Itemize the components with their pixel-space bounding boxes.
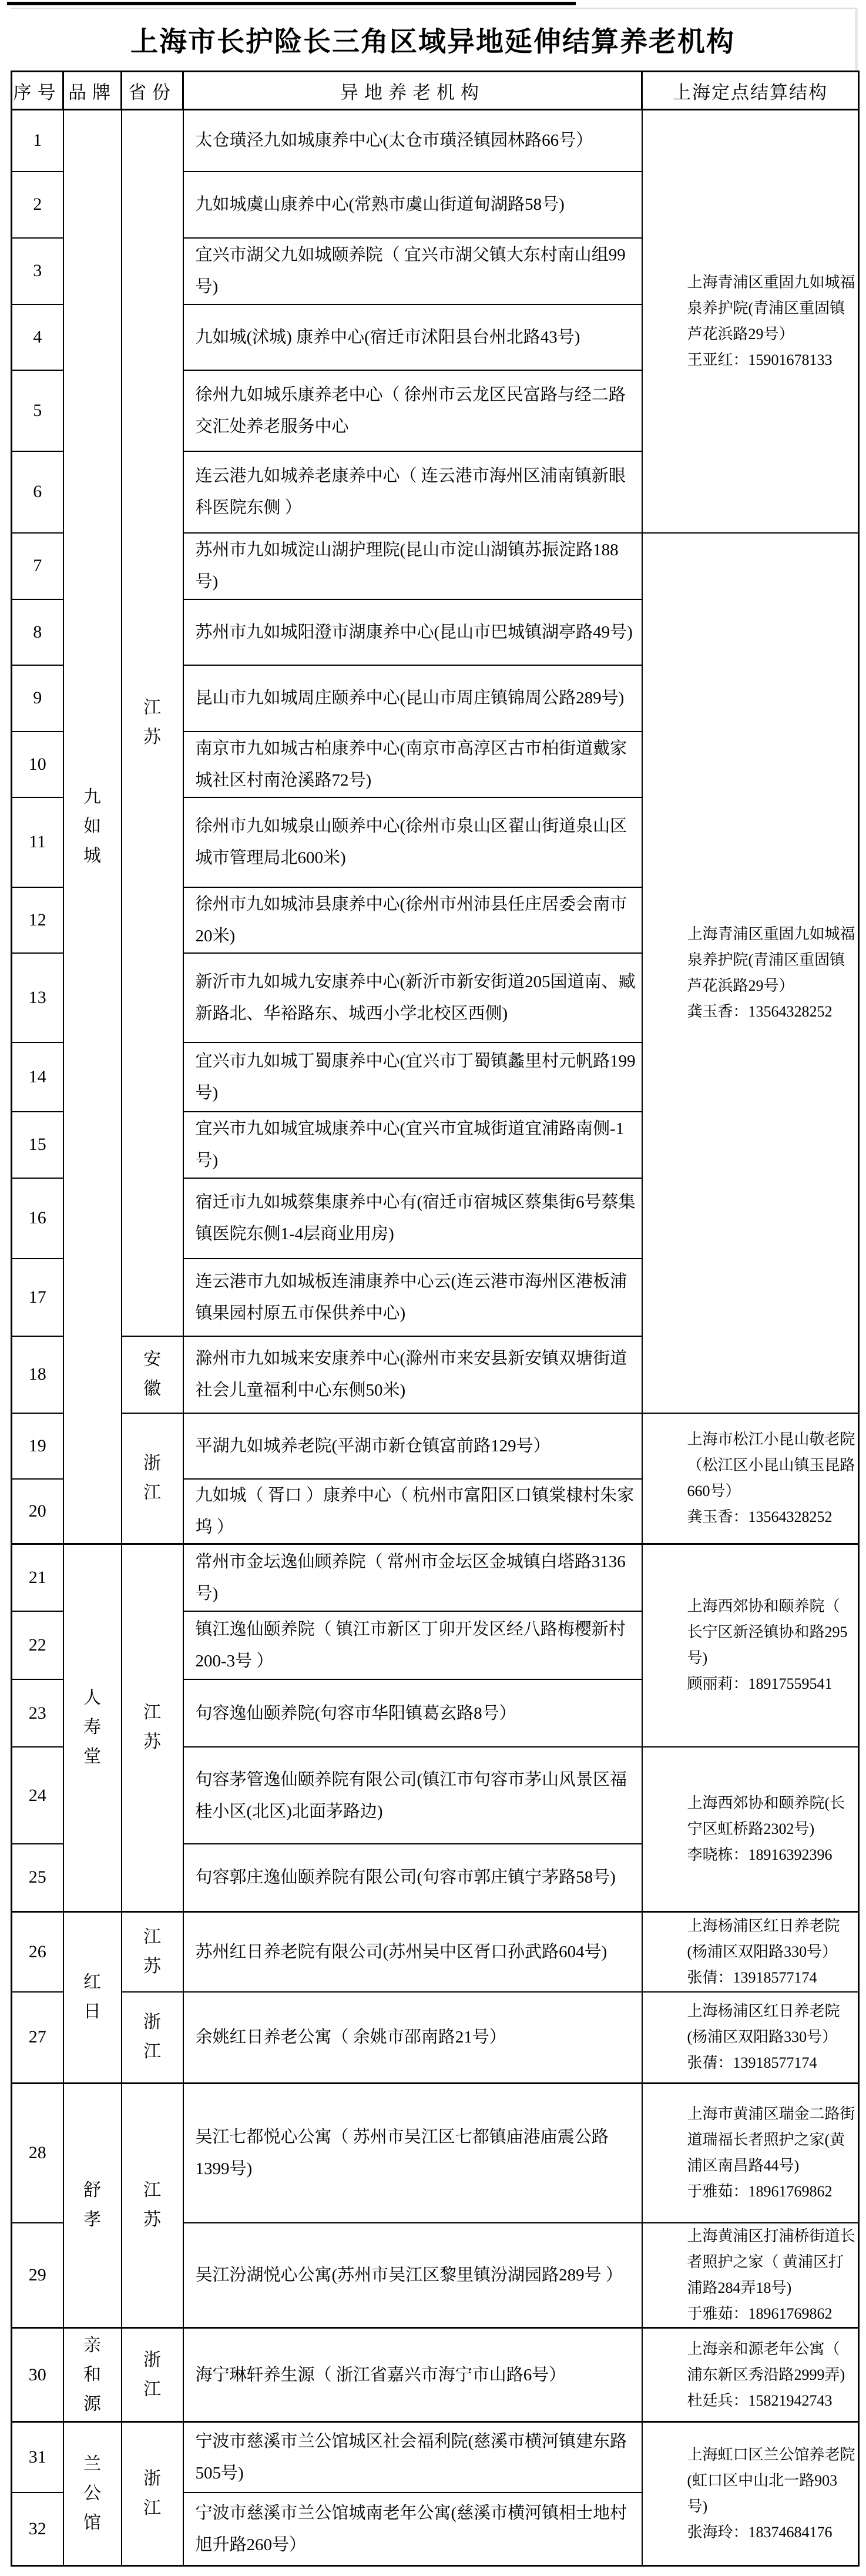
row-no: 30 xyxy=(12,2328,63,2422)
facility-cell: 宁波市慈溪市兰公馆城南老年公寓(慈溪市横河镇相士地村旭升路260号） xyxy=(183,2493,642,2566)
row-no: 15 xyxy=(12,1112,63,1178)
facility-cell: 九如城(沭城) 康养中心(宿迁市沭阳县台州北路43号) xyxy=(183,304,642,370)
row-no: 21 xyxy=(12,1544,63,1611)
row-no: 29 xyxy=(12,2223,63,2328)
settlement-contact: 李晓栋：18916392396 xyxy=(687,1842,857,1868)
facility-cell: 苏州红日养老院有限公司(苏州吴中区胥口孙武路604号) xyxy=(183,1911,642,1992)
facility-text: 徐州市九如城泉山颐养中心(徐州市泉山区翟山街道泉山区城市管理局北600米) xyxy=(196,810,638,874)
facility-text: 句容郭庄逸仙颐养院有限公司(句容市郭庄镇宁茅路58号) xyxy=(196,1861,638,1893)
facility-cell: 句容茅管逸仙颐养院有限公司(镇江市句容市茅山风景区福桂小区(北区)北面茅路边) xyxy=(183,1747,642,1844)
brand-cell: 舒孝 xyxy=(63,2083,122,2328)
brand-cell: 红日 xyxy=(63,1911,122,2083)
facility-text: 滁州市九如城来安康养中心(滁州市来安县新安镇双塘街道社会儿童福利中心东侧50米) xyxy=(196,1343,638,1406)
settlement-text: 上海黄浦区打浦桥街道长者照护之家（ 黄浦区打浦路284弄18号) xyxy=(687,2223,857,2301)
row-no: 16 xyxy=(12,1178,63,1259)
brand-cell: 兰公馆 xyxy=(63,2422,122,2566)
row-no: 19 xyxy=(12,1413,63,1479)
settlement-text: 上海虹口区兰公馆养老院(虹口区中山北一路903号) xyxy=(687,2442,857,2520)
brand-label: 舒孝 xyxy=(82,2176,102,2235)
brand-cell: 九如城 xyxy=(63,110,122,1544)
row-no: 13 xyxy=(12,953,63,1042)
facility-text: 昆山市九如城周庄颐养中心(昆山市周庄镇锦周公路289号) xyxy=(196,682,638,714)
province-label: 江苏 xyxy=(142,2176,162,2235)
facility-cell: 海宁琳轩养生源（ 浙江省嘉兴市海宁市山路6号） xyxy=(183,2328,642,2422)
facility-cell: 昆山市九如城周庄颐养中心(昆山市周庄镇锦周公路289号) xyxy=(183,665,642,732)
table-row: 19 浙江 平湖九如城养老院(平湖市新仓镇富前路129号） 上海市松江小昆山敬老… xyxy=(12,1413,859,1479)
row-no: 20 xyxy=(12,1479,63,1544)
settlement-contact: 张蒨：13918577174 xyxy=(687,2050,857,2076)
table-header-row: 序号 品牌 省份 异地养老机构 上海定点结算结构 xyxy=(12,72,859,110)
settlement-cell: 上海亲和源老年公寓（ 浦东新区秀沿路2999弄) 杜廷兵：15821942743 xyxy=(642,2328,859,2422)
facility-text: 句容茅管逸仙颐养院有限公司(镇江市句容市茅山风景区福桂小区(北区)北面茅路边) xyxy=(196,1764,638,1827)
settlement-cell: 上海杨浦区红日养老院(杨浦区双阳路330号） 张倩：13918577174 xyxy=(642,1911,859,1992)
province-cell: 江苏 xyxy=(122,1911,183,1992)
facility-text: 太仓璜泾九如城康养中心(太仓市璜泾镇园林路66号） xyxy=(196,125,638,156)
table-row: 28 舒孝 江苏 吴江七都悦心公寓（ 苏州市吴江区七都镇庙港庙震公路1399号)… xyxy=(12,2083,859,2223)
row-no: 26 xyxy=(12,1911,63,1992)
province-label: 江苏 xyxy=(142,1923,162,1981)
facility-text: 吴江七都悦心公寓（ 苏州市吴江区七都镇庙港庙震公路1399号) xyxy=(196,2121,638,2185)
row-no: 17 xyxy=(12,1259,63,1336)
facility-text: 九如城（ 胥口 ）康养中心（ 杭州市富阳区口镇棠棣村朱家坞 ） xyxy=(196,1480,638,1543)
brand-cell: 亲和源 xyxy=(63,2328,122,2422)
facility-cell: 徐州九如城乐康养老中心（ 徐州市云龙区民富路与经二路交汇处养老服务中心 xyxy=(183,370,642,451)
row-no: 12 xyxy=(12,887,63,953)
header-brand: 品牌 xyxy=(63,72,122,110)
province-label: 浙江 xyxy=(142,2346,162,2404)
settlement-cell: 上海虹口区兰公馆养老院(虹口区中山北一路903号) 张海玲：1837468417… xyxy=(642,2422,859,2566)
table-row: 26 红日 江苏 苏州红日养老院有限公司(苏州吴中区胥口孙武路604号) 上海杨… xyxy=(12,1911,859,1992)
brand-label: 人寿堂 xyxy=(82,1683,102,1772)
facility-text: 宜兴市湖父九如城颐养院（ 宜兴市湖父镇大东村南山组99号) xyxy=(196,239,638,303)
settlement-cell: 上海西郊协和颐养院（ 长宁区新泾镇协和路295号) 顾丽莉：1891755954… xyxy=(642,1544,859,1747)
row-no: 8 xyxy=(12,599,63,665)
facility-text: 徐州市九如城沛县康养中心(徐州市州沛县任庄居委会南市20米) xyxy=(196,888,638,952)
settlement-cell: 上海杨浦区红日养老院(杨浦区双阳路330号） 张蒨：13918577174 xyxy=(642,1992,859,2083)
facility-cell: 苏州市九如城淀山湖护理院(昆山市淀山湖镇苏振淀路188号) xyxy=(183,533,642,599)
province-cell: 浙江 xyxy=(122,1992,183,2083)
settlement-text: 上海青浦区重固九如城福泉养护院(青浦区重固镇芦花浜路29号） xyxy=(687,270,857,347)
row-no: 25 xyxy=(12,1844,63,1911)
facility-text: 海宁琳轩养生源（ 浙江省嘉兴市海宁市山路6号） xyxy=(196,2359,638,2391)
row-no: 31 xyxy=(12,2422,63,2493)
settlement-text: 上海青浦区重固九如城福泉养护院(青浦区重固镇芦花浜路29号） xyxy=(687,921,857,999)
header-province: 省份 xyxy=(122,72,183,110)
row-no: 5 xyxy=(12,370,63,451)
settlement-text: 上海西郊协和颐养院(长宁区虹桥路2302号) xyxy=(687,1790,857,1842)
settlement-cell: 上海市黄浦区瑞金二路街道瑞福长者照护之家(黄浦区南昌路44号) 于雅茹：1896… xyxy=(642,2083,859,2223)
header-no: 序号 xyxy=(12,72,63,110)
brand-label: 红日 xyxy=(82,1968,102,2027)
province-label: 安徽 xyxy=(142,1345,162,1404)
page-title: 上海市长护险长三角区域异地延伸结算养老机构 xyxy=(130,20,735,59)
facility-text: 九如城虞山康养中心(常熟市虞山街道甸湖路58号) xyxy=(196,189,638,220)
brand-label: 兰公馆 xyxy=(82,2450,102,2538)
facility-cell: 苏州市九如城阳澄市湖康养中心(昆山市巴城镇湖亭路49号) xyxy=(183,599,642,665)
settlement-text: 上海市松江小昆山敬老院（松江区小昆山镇玉昆路660号） xyxy=(687,1427,857,1504)
table-row: 30 亲和源 浙江 海宁琳轩养生源（ 浙江省嘉兴市海宁市山路6号） 上海亲和源老… xyxy=(12,2328,859,2422)
settlement-text: 上海西郊协和颐养院（ 长宁区新泾镇协和路295号) xyxy=(687,1594,857,1671)
facility-text: 新沂市九如城九安康养中心(新沂市新安街道205国道南、臧新路北、华裕路东、城西小… xyxy=(196,966,638,1029)
settlement-text: 上海杨浦区红日养老院(杨浦区双阳路330号） xyxy=(687,1913,857,1965)
settlement-contact: 龚玉香：13564328252 xyxy=(687,1504,857,1530)
province-label: 江苏 xyxy=(142,693,162,752)
row-no: 7 xyxy=(12,533,63,599)
row-no: 24 xyxy=(12,1747,63,1844)
settlement-contact: 张海玲：18374684176 xyxy=(687,2520,857,2545)
facility-cell: 宜兴市湖父九如城颐养院（ 宜兴市湖父镇大东村南山组99号) xyxy=(183,238,642,304)
facility-cell: 句容逸仙颐养院(句容市华阳镇葛玄路8号） xyxy=(183,1679,642,1747)
row-no: 3 xyxy=(12,238,63,304)
row-no: 11 xyxy=(12,797,63,887)
facility-text: 句容逸仙颐养院(句容市华阳镇葛玄路8号） xyxy=(196,1698,638,1729)
facility-cell: 宜兴市九如城宜城康养中心(宜兴市宜城街道宜浦路南侧-1号) xyxy=(183,1112,642,1178)
row-no: 1 xyxy=(12,110,63,172)
row-no: 4 xyxy=(12,304,63,370)
top-border-bar xyxy=(7,2,576,5)
row-no: 22 xyxy=(12,1611,63,1679)
facility-cell: 句容郭庄逸仙颐养院有限公司(句容市郭庄镇宁茅路58号) xyxy=(183,1844,642,1911)
facility-text: 宁波市慈溪市兰公馆城区社会福利院(慈溪市横河镇建东路505号) xyxy=(196,2426,638,2489)
province-cell: 浙江 xyxy=(122,1413,183,1544)
facility-cell: 连云港九如城养老康养中心（ 连云港市海州区浦南镇新眼科医院东侧 ） xyxy=(183,451,642,533)
facility-text: 九如城(沭城) 康养中心(宿迁市沭阳县台州北路43号) xyxy=(196,321,638,353)
title-block: 上海市长护险长三角区域异地延伸结算养老机构 xyxy=(11,8,858,71)
facility-text: 南京市九如城古柏康养中心(南京市高淳区古市柏街道戴家城社区村南沧溪路72号) xyxy=(196,733,638,796)
facility-cell: 九如城（ 胥口 ）康养中心（ 杭州市富阳区口镇棠棣村朱家坞 ） xyxy=(183,1479,642,1544)
settlement-cell: 上海青浦区重固九如城福泉养护院(青浦区重固镇芦花浜路29号） 王亚红：15901… xyxy=(642,110,859,533)
settlement-cell: 上海市松江小昆山敬老院（松江区小昆山镇玉昆路660号） 龚玉香：13564328… xyxy=(642,1413,859,1544)
table-row: 21 人寿堂 江苏 常州市金坛逸仙顾养院（ 常州市金坛区金城镇白塔路3136号)… xyxy=(12,1544,859,1611)
facility-text: 宜兴市九如城丁蜀康养中心(宜兴市丁蜀镇蠡里村元帆路199号) xyxy=(196,1045,638,1109)
facility-text: 宜兴市九如城宜城康养中心(宜兴市宜城街道宜浦路南侧-1号) xyxy=(196,1113,638,1176)
facility-text: 平湖九如城养老院(平湖市新仓镇富前路129号） xyxy=(196,1430,638,1462)
facility-text: 余姚红日养老公寓（ 余姚市邵南路21号） xyxy=(196,2021,638,2053)
facility-text: 镇江逸仙颐养院（ 镇江市新区丁卯开发区经八路梅樱新村200-3号 ） xyxy=(196,1614,638,1677)
facility-cell: 徐州市九如城泉山颐养中心(徐州市泉山区翟山街道泉山区城市管理局北600米) xyxy=(183,797,642,887)
settlement-cell: 上海黄浦区打浦桥街道长者照护之家（ 黄浦区打浦路284弄18号) 于雅茹：189… xyxy=(642,2223,859,2328)
province-cell: 江苏 xyxy=(122,2083,183,2328)
settlement-table: 序号 品牌 省份 异地养老机构 上海定点结算结构 1 九如城 江苏 太仓璜泾九如… xyxy=(11,71,860,2567)
province-label: 浙江 xyxy=(142,1449,162,1508)
brand-cell: 人寿堂 xyxy=(63,1544,122,1911)
province-label: 浙江 xyxy=(142,2008,162,2067)
row-no: 9 xyxy=(12,665,63,732)
row-no: 14 xyxy=(12,1042,63,1112)
row-no: 2 xyxy=(12,172,63,238)
settlement-contact: 于雅茹：18961769862 xyxy=(687,2179,857,2205)
province-label: 浙江 xyxy=(142,2464,162,2523)
facility-text: 宿迁市九如城蔡集康养中心有(宿迁市宿城区蔡集街6号蔡集镇医院东侧1-4层商业用房… xyxy=(196,1186,638,1250)
facility-cell: 南京市九如城古柏康养中心(南京市高淳区古市柏街道戴家城社区村南沧溪路72号) xyxy=(183,732,642,797)
header-facility: 异地养老机构 xyxy=(183,72,642,110)
row-no: 18 xyxy=(12,1336,63,1413)
row-no: 27 xyxy=(12,1992,63,2083)
province-label: 江苏 xyxy=(142,1698,162,1757)
facility-cell: 宜兴市九如城丁蜀康养中心(宜兴市丁蜀镇蠡里村元帆路199号) xyxy=(183,1042,642,1112)
facility-text: 常州市金坛逸仙顾养院（ 常州市金坛区金城镇白塔路3136号) xyxy=(196,1546,638,1609)
table-row: 1 九如城 江苏 太仓璜泾九如城康养中心(太仓市璜泾镇园林路66号） 上海青浦区… xyxy=(12,110,859,172)
facility-cell: 滁州市九如城来安康养中心(滁州市来安县新安镇双塘街道社会儿童福利中心东侧50米) xyxy=(183,1336,642,1413)
province-cell: 浙江 xyxy=(122,2422,183,2566)
facility-text: 宁波市慈溪市兰公馆城南老年公寓(慈溪市横河镇相士地村旭升路260号） xyxy=(196,2497,638,2561)
facility-cell: 连云港市九如城板连浦康养中心云(连云港市海州区港板浦镇果园村原五市保供养中心) xyxy=(183,1259,642,1336)
header-settlement: 上海定点结算结构 xyxy=(642,72,859,110)
facility-cell: 太仓璜泾九如城康养中心(太仓市璜泾镇园林路66号） xyxy=(183,110,642,172)
facility-text: 徐州九如城乐康养老中心（ 徐州市云龙区民富路与经二路交汇处养老服务中心 xyxy=(196,379,638,442)
settlement-text: 上海市黄浦区瑞金二路街道瑞福长者照护之家(黄浦区南昌路44号) xyxy=(687,2101,857,2179)
settlement-contact: 龚玉香：13564328252 xyxy=(687,999,857,1025)
facility-text: 苏州红日养老院有限公司(苏州吴中区胥口孙武路604号) xyxy=(196,1936,638,1968)
facility-text: 吴江汾湖悦心公寓(苏州市吴江区黎里镇汾湖园路289号 ） xyxy=(196,2259,638,2291)
settlement-cell: 上海西郊协和颐养院(长宁区虹桥路2302号) 李晓栋：18916392396 xyxy=(642,1747,859,1911)
province-cell: 安徽 xyxy=(122,1336,183,1413)
facility-cell: 余姚红日养老公寓（ 余姚市邵南路21号） xyxy=(183,1992,642,2083)
settlement-contact: 张倩：13918577174 xyxy=(687,1965,857,1991)
table-row: 31 兰公馆 浙江 宁波市慈溪市兰公馆城区社会福利院(慈溪市横河镇建东路505号… xyxy=(12,2422,859,2493)
settlement-text: 上海杨浦区红日养老院(杨浦区双阳路330号） xyxy=(687,1998,857,2050)
row-no: 32 xyxy=(12,2493,63,2566)
province-cell: 江苏 xyxy=(122,1544,183,1911)
facility-text: 苏州市九如城淀山湖护理院(昆山市淀山湖镇苏振淀路188号) xyxy=(196,534,638,598)
facility-cell: 九如城虞山康养中心(常熟市虞山街道甸湖路58号) xyxy=(183,172,642,238)
province-cell: 江苏 xyxy=(122,110,183,1336)
row-no: 28 xyxy=(12,2083,63,2223)
province-cell: 浙江 xyxy=(122,2328,183,2422)
facility-text: 连云港市九如城板连浦康养中心云(连云港市海州区港板浦镇果园村原五市保供养中心) xyxy=(196,1266,638,1329)
facility-cell: 吴江汾湖悦心公寓(苏州市吴江区黎里镇汾湖园路289号 ） xyxy=(183,2223,642,2328)
brand-label: 亲和源 xyxy=(82,2331,102,2419)
settlement-text: 上海亲和源老年公寓（ 浦东新区秀沿路2999弄) xyxy=(687,2336,857,2388)
facility-cell: 镇江逸仙颐养院（ 镇江市新区丁卯开发区经八路梅樱新村200-3号 ） xyxy=(183,1611,642,1679)
facility-text: 苏州市九如城阳澄市湖康养中心(昆山市巴城镇湖亭路49号) xyxy=(196,616,638,648)
settlement-cell: 上海青浦区重固九如城福泉养护院(青浦区重固镇芦花浜路29号） 龚玉香：13564… xyxy=(642,533,859,1413)
settlement-contact: 杜廷兵：15821942743 xyxy=(687,2388,857,2414)
row-no: 10 xyxy=(12,732,63,797)
facility-text: 连云港九如城养老康养中心（ 连云港市海州区浦南镇新眼科医院东侧 ） xyxy=(196,460,638,524)
row-no: 6 xyxy=(12,451,63,533)
row-no: 23 xyxy=(12,1679,63,1747)
facility-cell: 常州市金坛逸仙顾养院（ 常州市金坛区金城镇白塔路3136号) xyxy=(183,1544,642,1611)
facility-cell: 新沂市九如城九安康养中心(新沂市新安街道205国道南、臧新路北、华裕路东、城西小… xyxy=(183,953,642,1042)
settlement-contact: 于雅茹：18961769862 xyxy=(687,2301,857,2327)
facility-cell: 吴江七都悦心公寓（ 苏州市吴江区七都镇庙港庙震公路1399号) xyxy=(183,2083,642,2223)
facility-cell: 平湖九如城养老院(平湖市新仓镇富前路129号） xyxy=(183,1413,642,1479)
settlement-contact: 顾丽莉：18917559541 xyxy=(687,1671,857,1697)
facility-cell: 宿迁市九如城蔡集康养中心有(宿迁市宿城区蔡集街6号蔡集镇医院东侧1-4层商业用房… xyxy=(183,1178,642,1259)
table-row: 27 浙江 余姚红日养老公寓（ 余姚市邵南路21号） 上海杨浦区红日养老院(杨浦… xyxy=(12,1992,859,2083)
brand-label: 九如城 xyxy=(82,783,102,871)
settlement-contact: 王亚红：15901678133 xyxy=(687,347,857,373)
facility-cell: 宁波市慈溪市兰公馆城区社会福利院(慈溪市横河镇建东路505号) xyxy=(183,2422,642,2493)
facility-cell: 徐州市九如城沛县康养中心(徐州市州沛县任庄居委会南市20米) xyxy=(183,887,642,953)
